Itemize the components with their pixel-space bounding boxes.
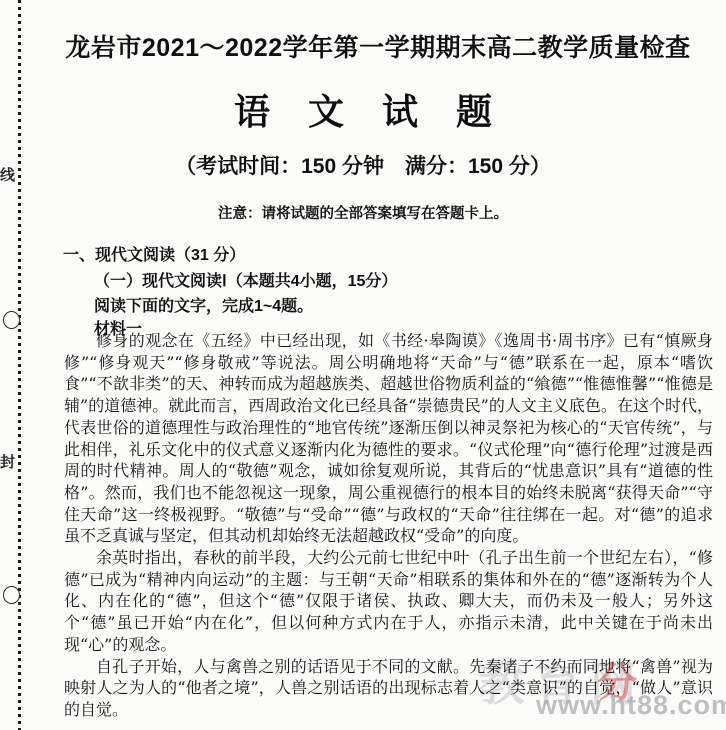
page-title: 语 文 试 题 [0, 84, 726, 135]
passage-paragraph-2: 余英时指出，春秋的前半段，大约公元前七世纪中叶（孔子出生前一个世纪左右），“修德… [64, 547, 713, 656]
seal-circle-icon [3, 586, 20, 604]
exam-paper-page: 线 封 教育网 www.ht88.com 分 龙岩市2021～2022学年第一学… [0, 0, 726, 730]
answer-sheet-notice: 注意：请将试题的全部答案填写在答题卡上。 [0, 202, 726, 223]
passage-paragraph-1: 修身的观念在《五经》中已经出现，如《书经·皋陶谟》《逸周书·周书序》已有“慎厥身… [64, 330, 713, 547]
section-heading-modern-reading: 一、现代文阅读（31 分） [63, 242, 245, 265]
exam-time-score-info: （考试时间：150 分钟 满分：150 分） [0, 150, 726, 180]
passage-text: 修身的观念在《五经》中已经出现，如《书经·皋陶谟》《逸周书·周书序》已有“慎厥身… [64, 330, 713, 721]
seal-char-feng: 封 [0, 450, 15, 473]
reading-instruction: 阅读下面的文字，完成1~4题。 [94, 293, 313, 316]
exam-header-title: 龙岩市2021～2022学年第一学期期末高二教学质量检查 [40, 28, 716, 64]
seal-circle-icon [3, 311, 20, 329]
subsection-heading-reading-1: （一）现代文阅读Ⅰ（本题共4小题，15分） [94, 268, 397, 291]
passage-paragraph-3: 自孔子开始，人与禽兽之别的话语见于不同的文献。先秦诸子不约而同地将“禽兽”视为映… [64, 656, 713, 721]
